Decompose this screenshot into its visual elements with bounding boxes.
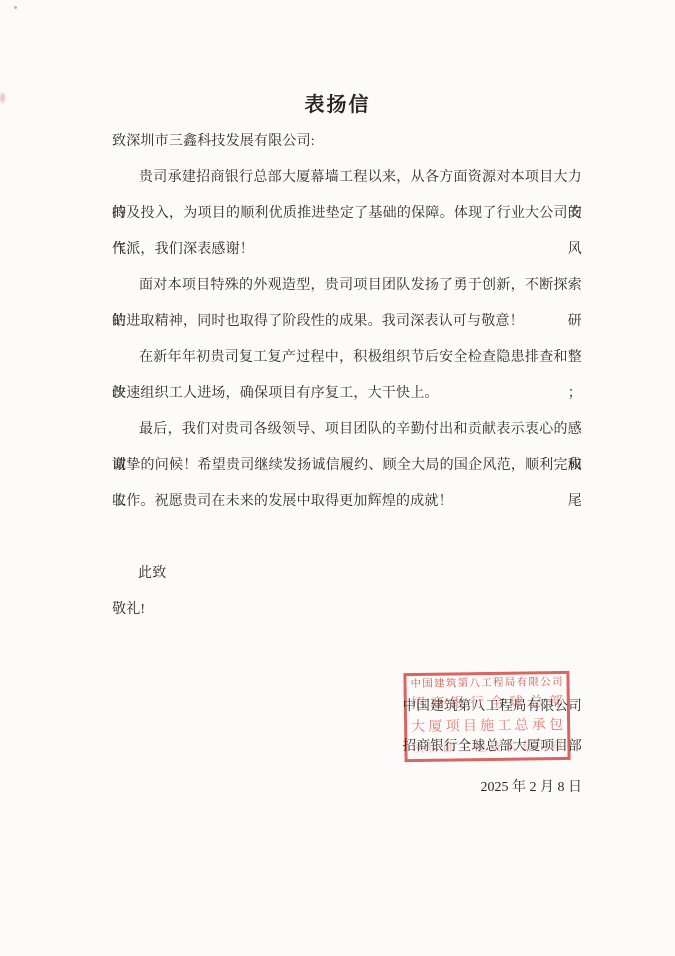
signature-department: 招商银行全球总部大厦项目部 xyxy=(262,726,582,766)
closing-salute: 敬礼! xyxy=(112,592,582,628)
closing-respectfully: 此致 xyxy=(112,556,582,592)
paragraph-1-line-2: 持及投入，为项目的顺利优质推进垫定了基础的保障。体现了行业大公司的作风 xyxy=(112,196,582,232)
scan-speck xyxy=(14,6,17,9)
signature-date: 2025 年 2 月 8 日 xyxy=(262,768,582,808)
paragraph-4-line-1: 最后，我们对贵司各级领导、项目团队的辛勤付出和贡献表示衷心的感谢和 xyxy=(112,412,582,448)
paragraph-2-line-1: 面对本项目特殊的外观造型，贵司项目团队发扬了勇于创新，不断探索钻研 xyxy=(112,268,582,304)
paragraph-3-line-1: 在新年年初贵司复工复产过程中，积极组织节后安全检查隐患排查和整改； xyxy=(112,340,582,376)
signature-company: 中国建筑第八工程局有限公司 xyxy=(262,686,582,726)
letter-body: 致深圳市三鑫科技发展有限公司: 贵司承建招商银行总部大厦幕墙工程以来，从各方面资… xyxy=(112,124,582,628)
signature-block: 中国建筑第八工程局有限公司 招商银行全球总部大厦项目部 2025 年 2 月 8… xyxy=(262,686,582,808)
blank-line xyxy=(112,520,582,556)
paragraph-2-line-2: 的进取精神，同时也取得了阶段性的成果。我司深表认可与敬意！ xyxy=(112,304,582,340)
letter-page: 表扬信 致深圳市三鑫科技发展有限公司: 贵司承建招商银行总部大厦幕墙工程以来，从… xyxy=(0,0,675,956)
salutation: 致深圳市三鑫科技发展有限公司: xyxy=(112,124,582,160)
paragraph-1-line-1: 贵司承建招商银行总部大厦幕墙工程以来，从各方面资源对本项目大力的支 xyxy=(112,160,582,196)
letter-title: 表扬信 xyxy=(0,88,675,117)
paragraph-4-line-2: 诚挚的问候！希望贵司继续发扬诚信履约、顾全大局的国企风范，顺利完成收尾 xyxy=(112,448,582,484)
